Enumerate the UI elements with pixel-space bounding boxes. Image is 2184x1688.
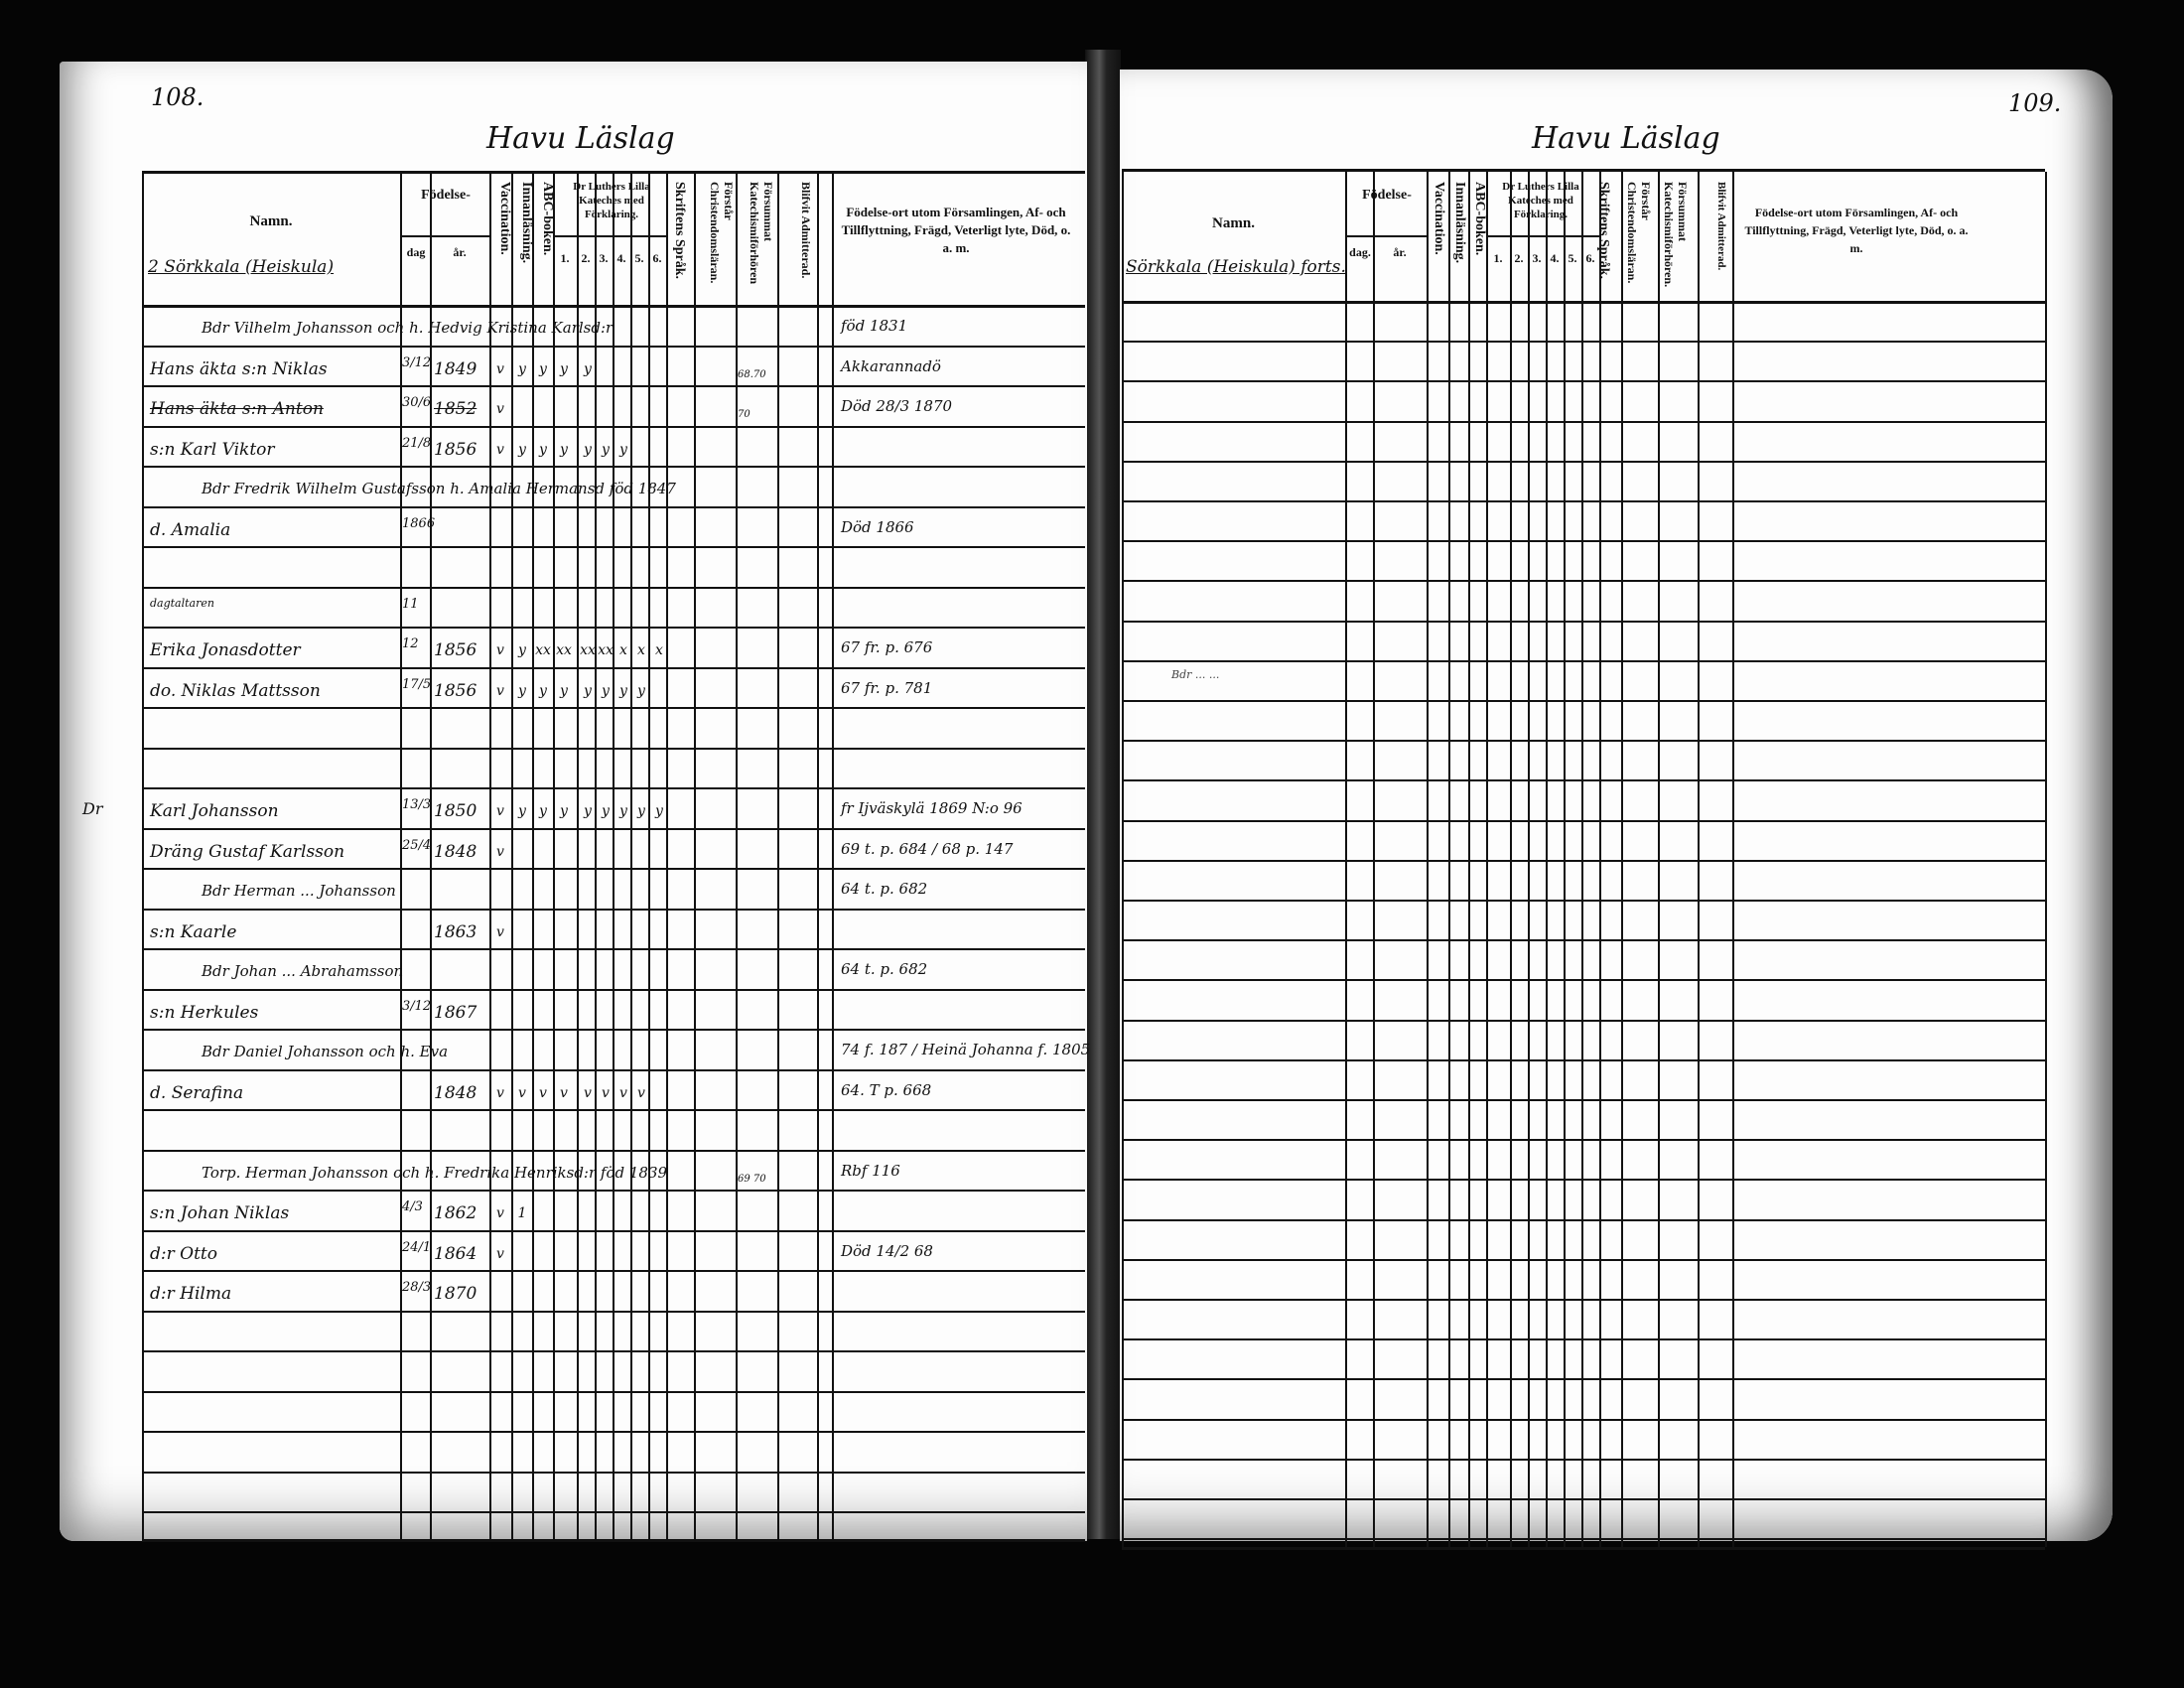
progress-mark: y	[555, 683, 573, 699]
entry-name: d. Serafina	[150, 1083, 243, 1103]
header-birth-day: dag	[402, 245, 430, 260]
catechism-note: 70	[738, 409, 751, 420]
row-rule	[1122, 1459, 2045, 1461]
luther-part-5: 5.	[630, 251, 648, 266]
progress-mark: xx	[555, 642, 573, 658]
entry-name: Bdr Fredrik Wilhelm Gustafsson h. Amalia…	[202, 480, 676, 497]
entry-name: Bdr Johan ... Abrahamsson	[202, 962, 403, 980]
row-rule	[1122, 939, 2045, 941]
luther-part-1: 1.	[553, 251, 577, 266]
entry-name: d:r Hilma	[150, 1284, 231, 1304]
entry-name: dagtaltaren	[150, 597, 214, 610]
header-innanlasning: Innanläsning.	[1452, 182, 1466, 281]
progress-mark: y	[513, 361, 531, 377]
row-rule	[1122, 1299, 2045, 1301]
remarks: 67 fr. p. 676	[841, 638, 932, 656]
luther-part-3: 3.	[595, 251, 613, 266]
progress-mark: v	[614, 1085, 632, 1101]
entry-name: Bdr Vilhelm Johansson och h. Hedvig Kris…	[202, 319, 613, 337]
row-rule	[1122, 979, 2045, 981]
header-innanlasning: Innanläsning.	[519, 182, 533, 281]
progress-mark: v	[513, 1085, 531, 1101]
table-row: s:n Herkules3/121867	[142, 989, 1085, 1029]
row-rule	[1122, 1419, 2045, 1421]
row-rule	[1122, 1139, 2045, 1141]
progress-mark: y	[513, 803, 531, 819]
birth-year: 1848	[434, 842, 477, 862]
progress-mark: v	[491, 642, 509, 658]
birth-year: 1870	[434, 1284, 477, 1304]
table-row: d:r Hilma28/31870	[142, 1270, 1085, 1310]
table-row: Dräng Gustaf Karlsson25/41848v69 t. p. 6…	[142, 828, 1085, 868]
entry-name: Dräng Gustaf Karlsson	[150, 842, 344, 862]
header-skriftens: Skriftens Språk.	[672, 182, 686, 281]
progress-mark: y	[632, 683, 650, 699]
table-row: Bdr Johan ... Abrahamsson64 t. p. 682	[142, 948, 1085, 988]
birth-day: 12	[402, 636, 419, 651]
progress-mark: y	[614, 803, 632, 819]
table-row: Bdr Herman ... Johansson64 t. p. 682	[142, 868, 1085, 908]
progress-mark: y	[534, 361, 552, 377]
table-row	[142, 748, 1085, 787]
progress-mark: y	[513, 683, 531, 699]
birth-year: 1862	[434, 1203, 477, 1223]
progress-mark: v	[491, 1246, 509, 1262]
table-row: Torp. Herman Johansson och h. Fredrika H…	[142, 1150, 1085, 1190]
entry-name: Torp. Herman Johansson och h. Fredrika H…	[202, 1164, 667, 1182]
header-birth: Födelse-	[1347, 188, 1427, 204]
table-row: Hans äkta s:n Niklas3/121849vyyyy68.70Ak…	[142, 346, 1085, 385]
luther-part-2: 2.	[1510, 251, 1528, 266]
entry-name: Hans äkta s:n Niklas	[150, 359, 328, 379]
row-rule	[142, 1511, 1085, 1513]
progress-mark: v	[632, 1085, 650, 1101]
birth-day: 3/12	[402, 999, 431, 1014]
progress-mark: y	[534, 683, 552, 699]
remarks: 67 fr. p. 781	[841, 679, 932, 697]
birth-year: 1867	[434, 1003, 477, 1023]
table-row: d. Serafina1848vvvvvvvv64. T p. 668	[142, 1069, 1085, 1109]
progress-mark: y	[632, 803, 650, 819]
birth-year: 1864	[434, 1244, 477, 1264]
birth-day: 21/8	[402, 436, 431, 451]
luther-part-4: 4.	[1546, 251, 1564, 266]
page-number: 109.	[2008, 89, 2061, 117]
row-rule	[1122, 660, 2045, 662]
header-forsummat: Försummat Katechismiförhören.	[1660, 182, 1690, 281]
remarks: Död 28/3 1870	[841, 397, 952, 415]
row-rule	[1122, 900, 2045, 902]
catechism-note: 69 70	[738, 1174, 766, 1185]
progress-mark: y	[534, 803, 552, 819]
row-rule	[142, 1391, 1085, 1393]
progress-mark: xx	[579, 642, 597, 658]
birth-day: 25/4	[402, 838, 431, 853]
header-birth-year: år.	[430, 245, 489, 260]
catechism-note: 68.70	[738, 369, 766, 380]
header-abc: ABC-boken.	[1472, 182, 1486, 281]
entry-name: d. Amalia	[150, 520, 230, 540]
progress-mark: y	[614, 683, 632, 699]
table-row	[142, 546, 1085, 586]
row-rule	[1122, 860, 2045, 862]
birth-year: 1850	[434, 801, 477, 821]
birth-year: 1856	[434, 440, 477, 460]
luther-part-1: 1.	[1486, 251, 1510, 266]
remarks: Död 14/2 68	[841, 1242, 933, 1260]
entry-name: d:r Otto	[150, 1244, 217, 1264]
luther-part-4: 4.	[613, 251, 630, 266]
progress-mark: x	[632, 642, 650, 658]
section-heading: Sörkkala (Heiskula) forts.	[1126, 257, 1346, 277]
progress-mark: y	[579, 683, 597, 699]
progress-mark: v	[579, 1085, 597, 1101]
birth-day: 30/6	[402, 395, 431, 410]
row-rule	[1122, 461, 2045, 463]
row-rule	[1122, 1179, 2045, 1181]
entry-name: Erika Jonasdotter	[150, 640, 301, 660]
row-rule	[1122, 1378, 2045, 1380]
row-rule	[142, 1311, 1085, 1313]
progress-mark: y	[579, 803, 597, 819]
birth-day: 11	[402, 597, 419, 612]
birth-year: 1849	[434, 359, 477, 379]
subheader-rule	[553, 235, 666, 237]
progress-mark: v	[491, 1205, 509, 1221]
table-row: do. Niklas Mattsson17/51856vyyyyyyy67 fr…	[142, 667, 1085, 707]
progress-mark: x	[650, 642, 668, 658]
table-row: dagtaltaren11	[142, 587, 1085, 627]
book-spine	[1085, 50, 1121, 1539]
left-page: 108. Havu Läslag Namn. Födelse- dag år. …	[60, 62, 1087, 1541]
progress-mark: y	[534, 442, 552, 458]
progress-mark: y	[579, 442, 597, 458]
subheader-rule	[400, 235, 489, 237]
column-rule	[2045, 172, 2047, 1547]
header-admitterad: Blifvit Admitterad.	[787, 182, 813, 281]
row-rule	[142, 1431, 1085, 1433]
row-rule	[1122, 779, 2045, 781]
progress-mark: v	[491, 924, 509, 940]
row-rule	[1122, 820, 2045, 822]
progress-mark: 1	[513, 1205, 531, 1221]
table-row: d:r Otto24/11864vDöd 14/2 68	[142, 1230, 1085, 1270]
remarks: 64 t. p. 682	[841, 880, 927, 898]
remarks: 64 t. p. 682	[841, 960, 927, 978]
header-vaccination: Vaccination.	[1432, 182, 1445, 281]
progress-mark: v	[491, 803, 509, 819]
row-rule	[1122, 700, 2045, 702]
progress-mark: v	[491, 442, 509, 458]
table-row: s:n Kaarle1863v	[142, 909, 1085, 948]
progress-mark: y	[555, 361, 573, 377]
header-remarks: Födelse-ort utom Församlingen, Af- och T…	[1737, 204, 1976, 257]
table-row: Erika Jonasdotter121856vyxxxxxxxxxxx67 f…	[142, 627, 1085, 666]
row-rule	[1122, 1338, 2045, 1340]
header-name: Namn.	[142, 213, 400, 230]
row-rule	[1122, 1538, 2045, 1540]
table-row: Bdr Vilhelm Johansson och h. Hedvig Kris…	[142, 305, 1085, 345]
remarks: Död 1866	[841, 518, 914, 536]
row-rule	[1122, 421, 2045, 423]
progress-mark: v	[534, 1085, 552, 1101]
progress-mark: x	[614, 642, 632, 658]
progress-mark: xx	[534, 642, 552, 658]
birth-year: 1856	[434, 640, 477, 660]
row-rule	[1122, 1259, 2045, 1261]
progress-mark: y	[555, 442, 573, 458]
progress-mark: y	[614, 442, 632, 458]
table-row: Hans äkta s:n Anton30/61852v70Död 28/3 1…	[142, 385, 1085, 425]
row-rule	[1122, 740, 2045, 742]
header-vaccination: Vaccination.	[497, 182, 511, 281]
birth-year: 1848	[434, 1083, 477, 1103]
progress-mark: y	[597, 683, 614, 699]
header-admitterad: Blifvit Admitterad.	[1703, 182, 1728, 281]
table-row: Bdr Daniel Johansson och h. Eva74 f. 187…	[142, 1029, 1085, 1068]
birth-day: 3/12	[402, 355, 431, 370]
table-row	[142, 707, 1085, 747]
table-row: Karl JohanssonDr13/31850vyyyyyyyyfr Ijvä…	[142, 787, 1085, 827]
progress-mark: y	[579, 361, 597, 377]
row-rule	[1122, 621, 2045, 623]
section-heading: 2 Sörkkala (Heiskula)	[148, 257, 334, 277]
remarks: fr Ijväskylä 1869 N:o 96	[841, 799, 1023, 817]
row-rule	[1122, 500, 2045, 502]
row-rule	[1122, 540, 2045, 542]
luther-part-2: 2.	[577, 251, 595, 266]
birth-day: 4/3	[402, 1199, 423, 1214]
subheader-rule	[1486, 235, 1599, 237]
page-title: Havu Läslag	[1532, 121, 1720, 156]
luther-part-3: 3.	[1528, 251, 1546, 266]
register-table: Namn. Födelse- dag. år. Vaccination. Inn…	[1122, 169, 2045, 1550]
progress-mark: v	[491, 1085, 509, 1101]
progress-mark: v	[491, 401, 509, 417]
entry-name: s:n Kaarle	[150, 922, 236, 942]
birth-day: 28/3	[402, 1280, 431, 1295]
header-abc: ABC-boken.	[540, 182, 554, 281]
luther-part-5: 5.	[1564, 251, 1581, 266]
progress-mark: y	[597, 803, 614, 819]
progress-mark: v	[597, 1085, 614, 1101]
header-birth: Födelse-	[402, 188, 489, 204]
page-title: Havu Läslag	[486, 121, 675, 156]
header-forstar: Förstår Christendomsläran.	[1623, 182, 1653, 281]
header-forsummat: Försummat Katechismiförhören	[746, 182, 775, 281]
table-row	[142, 1109, 1085, 1149]
header-remarks: Födelse-ort utom Församlingen, Af- och T…	[837, 204, 1075, 257]
page-number: 108.	[151, 83, 204, 111]
progress-mark: xx	[597, 642, 614, 658]
header-name: Namn.	[1122, 215, 1345, 232]
progress-mark: y	[513, 642, 531, 658]
header-forstar: Förstår Christendomsläran.	[706, 182, 736, 281]
table-row: d. Amalia1866Död 1866	[142, 506, 1085, 546]
birth-day: 17/5	[402, 677, 431, 692]
row-rule	[1122, 1219, 2045, 1221]
birth-day: 24/1	[402, 1240, 431, 1255]
row-rule	[1122, 580, 2045, 582]
row-rule	[1122, 1059, 2045, 1061]
progress-mark: v	[555, 1085, 573, 1101]
birth-year: 1852	[434, 399, 477, 419]
entry-name: Karl Johansson	[150, 801, 279, 821]
row-rule	[1122, 380, 2045, 382]
header-luther: Dr Luthers Lilla Kateches med Förklaring…	[1489, 180, 1592, 221]
margin-note: Dr	[82, 799, 102, 818]
progress-mark: y	[597, 442, 614, 458]
remarks: föd 1831	[841, 317, 907, 335]
progress-mark: v	[491, 844, 509, 860]
progress-mark: y	[555, 803, 573, 819]
row-rule	[1122, 1020, 2045, 1022]
table-row: s:n Karl Viktor21/81856vyyyyyy	[142, 426, 1085, 466]
faint-entry: Bdr ... ...	[1171, 668, 1219, 681]
header-birth-year: år.	[1373, 245, 1427, 260]
entry-name: s:n Johan Niklas	[150, 1203, 289, 1223]
row-rule	[142, 1472, 1085, 1474]
birth-year: 1856	[434, 681, 477, 701]
remarks: Rbf 116	[841, 1162, 900, 1180]
progress-mark: v	[491, 683, 509, 699]
header-birth-day: dag.	[1347, 245, 1373, 260]
table-row: Bdr Fredrik Wilhelm Gustafsson h. Amalia…	[142, 466, 1085, 505]
birth-year: 1863	[434, 922, 477, 942]
remarks: 74 f. 187 / Heinä Johanna f. 1805	[841, 1041, 1090, 1058]
row-rule	[1122, 1498, 2045, 1500]
progress-mark: v	[491, 361, 509, 377]
entry-name: s:n Karl Viktor	[150, 440, 275, 460]
entry-name: do. Niklas Mattsson	[150, 681, 321, 701]
register-table: Namn. Födelse- dag år. Vaccination. Inna…	[142, 171, 1085, 1542]
remarks: 64. T p. 668	[841, 1081, 931, 1099]
birth-day: 13/3	[402, 797, 431, 812]
entry-name: s:n Herkules	[150, 1003, 258, 1023]
table-row: s:n Johan Niklas4/31862v1	[142, 1190, 1085, 1229]
entry-name: Hans äkta s:n Anton	[150, 399, 324, 419]
header-rule	[1122, 301, 2045, 304]
row-rule	[1122, 341, 2045, 343]
remarks: 69 t. p. 684 / 68 p. 147	[841, 840, 1013, 858]
row-rule	[1122, 1099, 2045, 1101]
right-page: 109. Havu Läslag Namn. Födelse- dag. år.…	[1120, 70, 2113, 1541]
progress-mark: y	[650, 803, 668, 819]
remarks: Akkarannadö	[841, 357, 941, 375]
birth-day: 1866	[402, 516, 435, 531]
luther-part-6: 6.	[648, 251, 666, 266]
progress-mark: y	[513, 442, 531, 458]
row-rule	[142, 1350, 1085, 1352]
entry-name: Bdr Herman ... Johansson	[202, 882, 396, 900]
entry-name: Bdr Daniel Johansson och h. Eva	[202, 1043, 448, 1060]
subheader-rule	[1345, 235, 1427, 237]
